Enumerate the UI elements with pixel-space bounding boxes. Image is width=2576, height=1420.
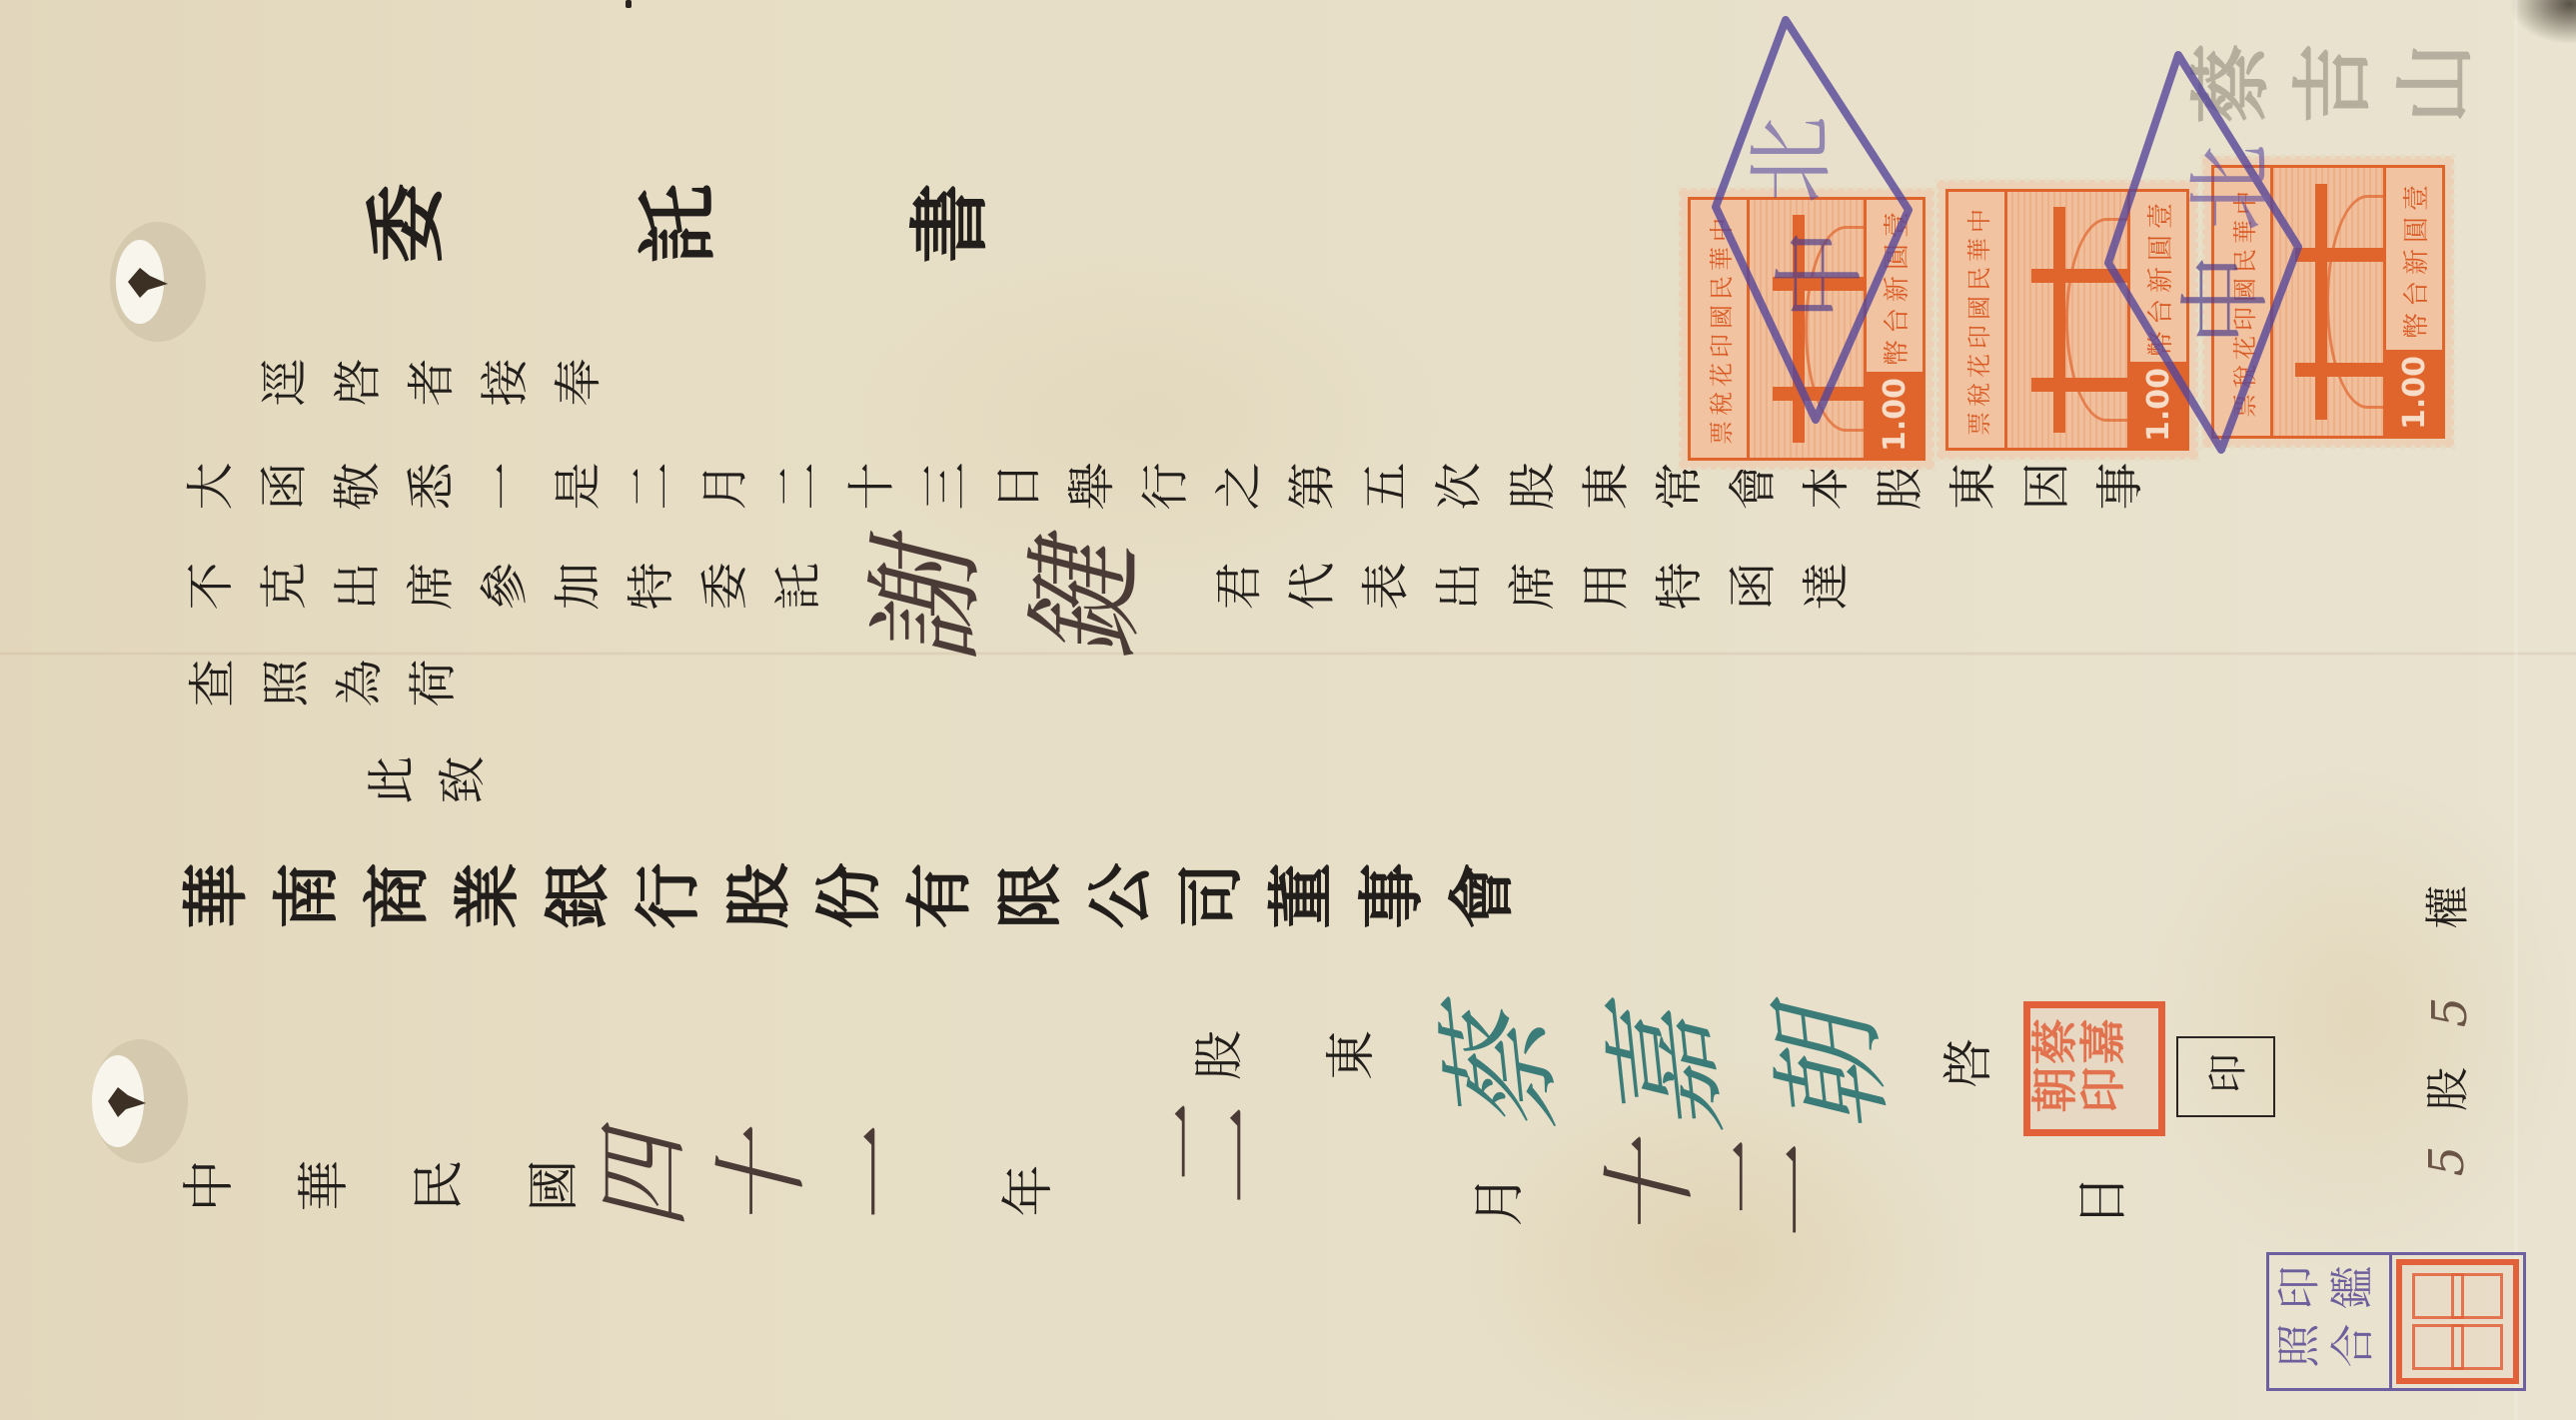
cancel-text-lower: 中 — [2173, 254, 2280, 346]
cancel-text-upper: 北 — [1740, 116, 1843, 204]
punch-hole — [110, 222, 206, 342]
cancellation-mark: 北 中 — [2108, 55, 2298, 450]
cancellation-mark: 北 中 — [1716, 20, 1909, 420]
overlay-marks: 北 中 北 中 — [0, 0, 2576, 1420]
cancel-text-lower: 中 — [1768, 229, 1875, 321]
punch-hole — [92, 1039, 188, 1163]
cancel-text-upper: 北 — [2179, 144, 2282, 232]
